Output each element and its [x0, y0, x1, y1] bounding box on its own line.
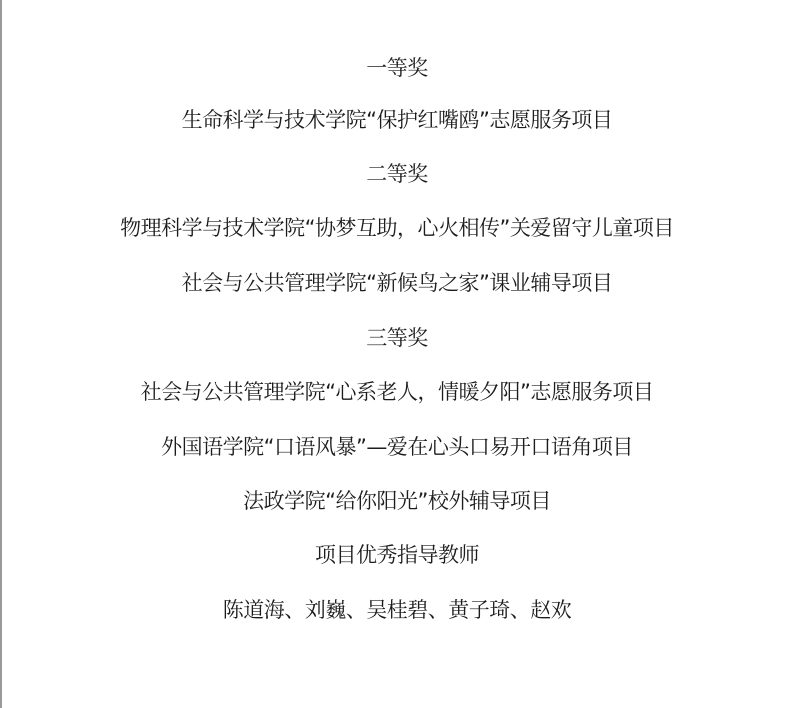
first-prize-heading: 一等奖 — [2, 54, 792, 82]
advisors-heading: 项目优秀指导教师 — [2, 541, 792, 569]
third-prize-item: 社会与公共管理学院“心系老人，情暖夕阳”志愿服务项目 — [2, 378, 792, 406]
first-prize-item: 生命科学与技术学院“保护红嘴鸥”志愿服务项目 — [2, 106, 792, 134]
second-prize-heading: 二等奖 — [2, 160, 792, 188]
advisors-names: 陈道海、刘巍、吴桂碧、黄子琦、赵欢 — [2, 596, 792, 624]
third-prize-item: 外国语学院“口语风暴”—爱在心头口易开口语角项目 — [2, 433, 792, 461]
third-prize-item: 法政学院“给你阳光”校外辅导项目 — [2, 487, 792, 515]
second-prize-item: 物理科学与技术学院“协梦互助，心火相传”关爱留守儿童项目 — [2, 214, 792, 242]
second-prize-item: 社会与公共管理学院“新候鸟之家”课业辅导项目 — [2, 269, 792, 297]
third-prize-heading: 三等奖 — [2, 324, 792, 352]
